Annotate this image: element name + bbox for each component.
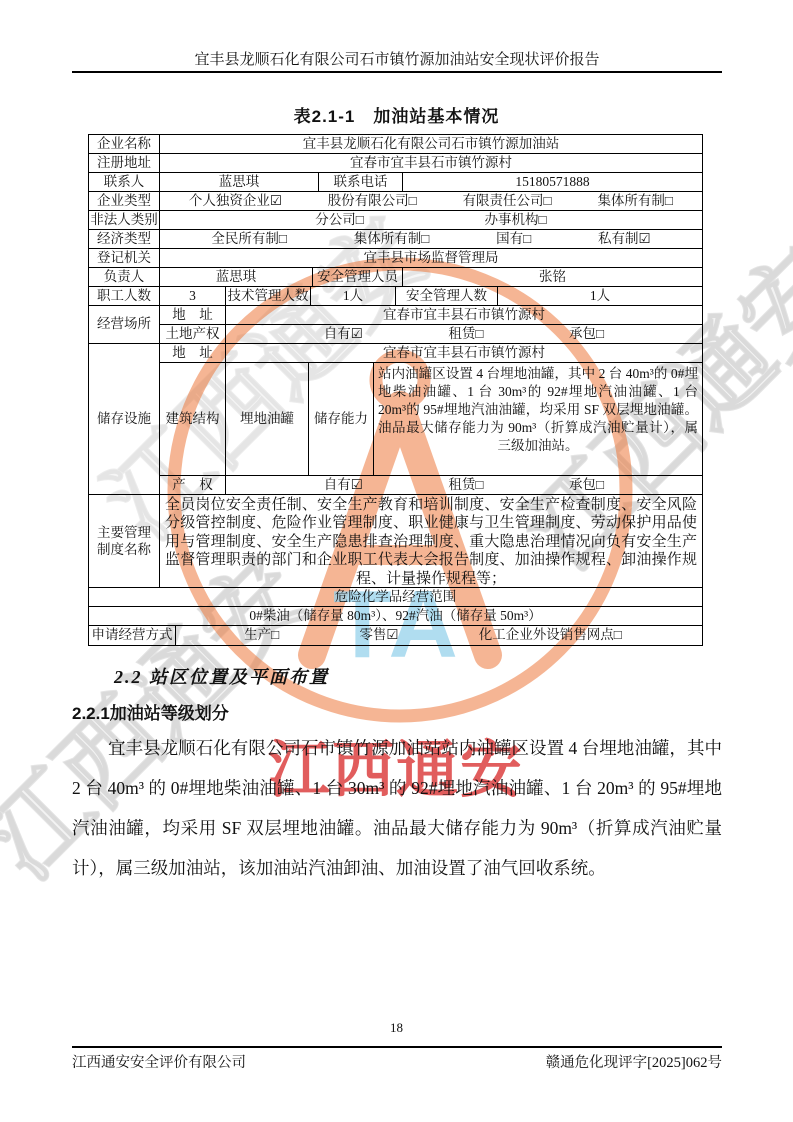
cell-label: 注册地址 (89, 154, 160, 173)
cell-label: 联系人 (89, 173, 160, 192)
footer-doc-number: 赣通危化现评字[2025]062号 (546, 1051, 722, 1072)
table-row: 联系人 蓝思琪 联系电话 15180571888 (89, 173, 703, 192)
cell-label-text: 主要管理制度名称 (95, 524, 153, 558)
cell-group-label: 经营场所 (89, 306, 160, 344)
cell-address: 宜春市宜丰县石市镇竹源村 (226, 306, 703, 325)
cell-sublabel: 土地产权 (160, 325, 226, 344)
checkbox-option: 自有☑ (324, 477, 363, 494)
cell-safety-person: 张铭 (403, 268, 703, 287)
table-row: 0#柴油（储存量 80m³）、92#汽油（储存量 50m³） (89, 607, 703, 626)
station-info-table: 企业名称 宜丰县龙顺石化有限公司石市镇竹源加油站 注册地址 宜春市宜丰县石市镇竹… (88, 134, 703, 646)
cell-range-header: 危险化学品经营范围 (89, 588, 703, 607)
cell-sublabel: 地 址 (160, 344, 226, 363)
cell-sublabel: 产 权 (160, 476, 226, 495)
table-row: 职工人数 3 技术管理人数 1人 安全管理人数 1人 (89, 287, 703, 306)
table-row: 主要管理制度名称 全员岗位安全责任制、安全生产教育和培训制度、安全生产检查制度、… (89, 495, 703, 588)
table-title: 表2.1-1 加油站基本情况 (0, 102, 793, 127)
cell-structure-value: 埋地油罐 (226, 363, 309, 476)
cell-tech-count: 1人 (311, 287, 396, 306)
cell-options: 自有☑ 租赁□ 承包□ (226, 476, 703, 495)
cell-capacity-text: 站内油罐区设置 4 台埋地油罐，其中 2 台 40m³的 0#埋地柴油油罐、1 … (374, 363, 703, 476)
checkbox-option: 个人独资企业☑ (189, 193, 282, 210)
checkbox-option: 办事机构□ (485, 212, 547, 229)
cell-label: 非法人类别 (89, 211, 160, 230)
table-row: 注册地址 宜春市宜丰县石市镇竹源村 (89, 154, 703, 173)
table-row: 申请经营方式 生产□ 零售☑ 化工企业外设销售网点□ (89, 626, 703, 646)
table-row: 产 权 自有☑ 租赁□ 承包□ (160, 476, 703, 495)
table-row: 经济类型 全民所有制□ 集体所有制□ 国有□ 私有制☑ (89, 230, 703, 249)
page-content: 宜丰县龙顺石化有限公司石市镇竹源加油站安全现状评价报告 表2.1-1 加油站基本… (0, 0, 793, 1122)
cell-sublabel: 地 址 (160, 306, 226, 325)
cell-label: 申请经营方式 (89, 626, 176, 646)
cell-options: 个人独资企业☑ 股份有限公司□ 有限责任公司□ 集体所有制□ (160, 192, 703, 211)
cell-value: 宜丰县龙顺石化有限公司石市镇竹源加油站 (160, 135, 703, 154)
cell-label: 技术管理人数 (226, 287, 311, 306)
cell-label: 主要管理制度名称 (89, 495, 160, 588)
cell-principal: 蓝思琪 (160, 268, 313, 287)
cell-sublabel: 储存能力 (309, 363, 374, 476)
footer-rule (72, 1046, 722, 1048)
cell-value: 宜丰县市场监督管理局 (160, 249, 703, 268)
table-row: 地 址 宜春市宜丰县石市镇竹源村 (160, 344, 703, 363)
table-group-premises: 经营场所 地 址 宜春市宜丰县石市镇竹源村 土地产权 自有☑ 租赁□ 承包□ (89, 306, 703, 344)
checkbox-option: 化工企业外设销售网点□ (479, 627, 622, 644)
table-group-storage: 储存设施 地 址 宜春市宜丰县石市镇竹源村 建筑结构 埋地油罐 储存能力 站内油… (89, 344, 703, 495)
document-page: 江西通安 江西通安 江西通安 TA 江西通安 宜丰县龙顺石化有限公司石市镇竹源加… (0, 0, 793, 1122)
checkbox-option: 自有☑ (324, 326, 363, 343)
checkbox-option: 分公司□ (315, 212, 364, 229)
checkbox-option: 承包□ (569, 326, 604, 343)
cell-label: 安全管理人员 (313, 268, 403, 287)
page-footer: 江西通安安全评价有限公司 赣通危化现评字[2025]062号 (72, 1051, 722, 1072)
cell-label: 负责人 (89, 268, 160, 287)
cell-range-value: 0#柴油（储存量 80m³）、92#汽油（储存量 50m³） (89, 607, 703, 626)
section-heading-2-2: 2.2 站区位置及平面布置 (114, 663, 329, 689)
cell-label: 安全管理人数 (396, 287, 498, 306)
table-row: 危险化学品经营范围 (89, 588, 703, 607)
cell-label: 登记机关 (89, 249, 160, 268)
checkbox-option: 股份有限公司□ (328, 193, 417, 210)
table-row: 地 址 宜春市宜丰县石市镇竹源村 (160, 306, 703, 325)
checkbox-option: 生产□ (244, 627, 279, 644)
table-row: 建筑结构 埋地油罐 储存能力 站内油罐区设置 4 台埋地油罐，其中 2 台 40… (160, 363, 703, 476)
table-row: 企业类型 个人独资企业☑ 股份有限公司□ 有限责任公司□ 集体所有制□ (89, 192, 703, 211)
cell-sublabel: 建筑结构 (160, 363, 226, 476)
table-row: 负责人 蓝思琪 安全管理人员 张铭 (89, 268, 703, 287)
table-row: 非法人类别 分公司□ 办事机构□ (89, 211, 703, 230)
checkbox-option: 私有制☑ (598, 231, 651, 248)
cell-value: 宜春市宜丰县石市镇竹源村 (160, 154, 703, 173)
checkbox-option: 国有□ (496, 231, 531, 248)
checkbox-option: 承包□ (569, 477, 604, 494)
report-header-title: 宜丰县龙顺石化有限公司石市镇竹源加油站安全现状评价报告 (72, 48, 722, 69)
cell-options: 自有☑ 租赁□ 承包□ (226, 325, 703, 344)
cell-label: 联系电话 (319, 173, 403, 192)
cell-phone: 15180571888 (403, 173, 703, 192)
checkbox-option: 租赁□ (448, 477, 483, 494)
cell-systems-text: 全员岗位安全责任制、安全生产教育和培训制度、安全生产检查制度、安全风险分级管控制… (160, 495, 703, 588)
cell-contact-name: 蓝思琪 (160, 173, 319, 192)
table-row: 登记机关 宜丰县市场监督管理局 (89, 249, 703, 268)
cell-options: 生产□ 零售☑ 化工企业外设销售网点□ (176, 626, 703, 646)
checkbox-option: 集体所有制□ (597, 193, 673, 210)
body-paragraph: 宜丰县龙顺石化有限公司石市镇竹源加油站站内油罐区设置 4 台埋地油罐，其中 2 … (72, 728, 722, 888)
cell-label: 企业类型 (89, 192, 160, 211)
checkbox-option: 零售☑ (359, 627, 398, 644)
header-rule (72, 71, 722, 73)
section-heading-2-2-1: 2.2.1加油站等级划分 (72, 699, 229, 724)
footer-company: 江西通安安全评价有限公司 (72, 1051, 246, 1072)
cell-label: 企业名称 (89, 135, 160, 154)
page-number: 18 (0, 1020, 793, 1036)
table-row: 企业名称 宜丰县龙顺石化有限公司石市镇竹源加油站 (89, 135, 703, 154)
cell-staff-count: 3 (160, 287, 226, 306)
cell-safe-count: 1人 (498, 287, 703, 306)
table-row: 土地产权 自有☑ 租赁□ 承包□ (160, 325, 703, 344)
checkbox-option: 集体所有制□ (354, 231, 430, 248)
cell-group-label: 储存设施 (89, 344, 160, 495)
cell-options: 全民所有制□ 集体所有制□ 国有□ 私有制☑ (160, 230, 703, 249)
checkbox-option: 租赁□ (448, 326, 483, 343)
cell-label: 职工人数 (89, 287, 160, 306)
checkbox-option: 有限责任公司□ (463, 193, 552, 210)
cell-label: 经济类型 (89, 230, 160, 249)
cell-address: 宜春市宜丰县石市镇竹源村 (226, 344, 703, 363)
cell-options: 分公司□ 办事机构□ (160, 211, 703, 230)
checkbox-option: 全民所有制□ (211, 231, 287, 248)
